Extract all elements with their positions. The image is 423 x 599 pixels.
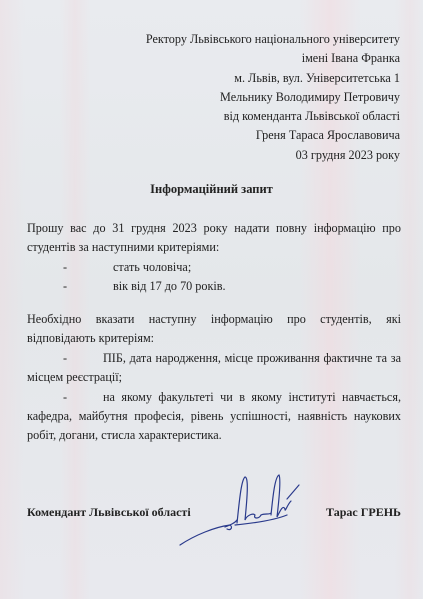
info-text: ПІБ, дата народження, місце проживання ф… — [27, 351, 401, 384]
addressee-line: Мельнику Володимиру Петровичу — [146, 88, 400, 107]
info-paragraph: Необхідно вказати наступну інформацію пр… — [27, 310, 401, 446]
info-text: на якому факультеті чи в якому інституті… — [27, 390, 401, 443]
criteria-item: - стать чоловіча; — [27, 258, 401, 277]
bullet-marker: - — [27, 258, 113, 277]
signatory-name: Тарас ГРЕНЬ — [326, 505, 401, 520]
signatory-position: Комендант Львівської області — [27, 505, 191, 520]
document-page: Ректору Львівського національного універ… — [0, 0, 423, 599]
document-date: 03 грудня 2023 року — [146, 146, 400, 165]
addressee-line: від коменданта Львівської області — [146, 107, 400, 126]
paragraph-text: Необхідно вказати наступну інформацію пр… — [27, 310, 401, 349]
info-item: -ПІБ, дата народження, місце проживання … — [27, 349, 401, 388]
criteria-item: - вік від 17 до 70 років. — [27, 277, 401, 296]
handwritten-signature — [175, 465, 305, 550]
addressee-line: м. Львів, вул. Університетська 1 — [146, 69, 400, 88]
addressee-line: Греня Тараса Ярославовича — [146, 126, 400, 145]
bullet-marker: - — [27, 277, 113, 296]
addressee-block: Ректору Львівського національного універ… — [146, 30, 400, 165]
paragraph-text: Прошу вас до 31 грудня 2023 року надати … — [27, 219, 401, 258]
document-title: Інформаційний запит — [0, 182, 423, 197]
addressee-line: Ректору Львівського національного універ… — [146, 30, 400, 49]
criteria-text: вік від 17 до 70 років. — [113, 277, 401, 296]
criteria-text: стать чоловіча; — [113, 258, 401, 277]
info-item: -на якому факультеті чи в якому інститут… — [27, 388, 401, 446]
addressee-line: імені Івана Франка — [146, 49, 400, 68]
request-paragraph: Прошу вас до 31 грудня 2023 року надати … — [27, 219, 401, 297]
